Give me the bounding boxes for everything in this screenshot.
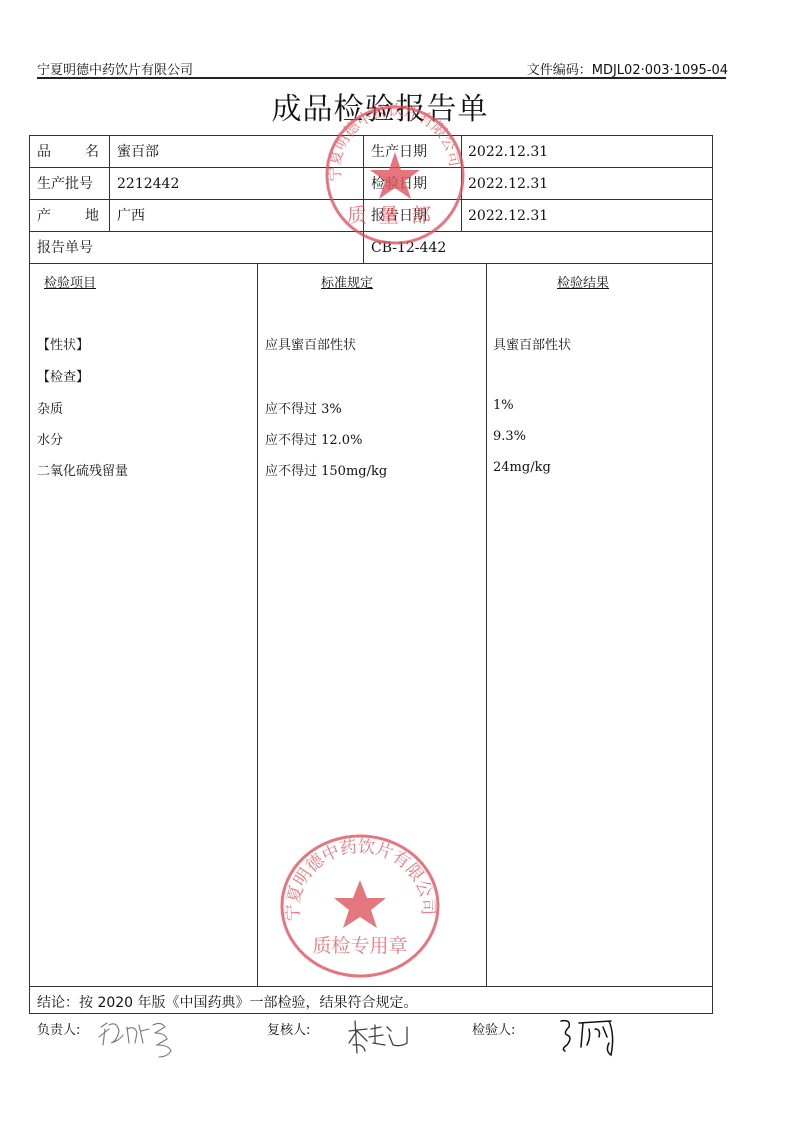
product-name-value: 蜜百部	[117, 144, 159, 160]
table-cell-standard: 应具蜜百部性状	[265, 334, 356, 353]
col-divider	[486, 263, 487, 986]
responsible-signature	[95, 1015, 185, 1060]
table-cell-item: 【检查】	[37, 366, 89, 385]
row-divider	[29, 263, 713, 264]
reviewer-label: 复核人:	[267, 1019, 310, 1038]
origin-value: 广西	[117, 208, 145, 224]
table-cell-standard: 应不得过 150mg/kg	[265, 460, 387, 479]
col-divider	[461, 135, 462, 231]
col-header-item: 检验项目	[44, 272, 96, 291]
test-date-value: 2022.12.31	[468, 176, 548, 192]
inspector-signature	[555, 1015, 625, 1057]
batch-label: 生产批号	[37, 176, 93, 192]
row-divider	[29, 231, 713, 232]
origin-label: 产地	[37, 208, 99, 224]
table-cell-standard: 应不得过 3%	[265, 398, 342, 417]
col-divider	[109, 135, 110, 231]
col-divider	[363, 135, 364, 263]
table-cell-result: 1%	[493, 398, 514, 413]
report-no-value: CB-12-442	[371, 240, 446, 256]
table-cell-item: 水分	[37, 429, 63, 448]
col-divider	[257, 263, 258, 986]
reviewer-signature	[345, 1015, 415, 1060]
row-divider	[29, 167, 713, 168]
product-name-label: 品名	[37, 144, 99, 160]
document-code: 文件编码：MDJL02·003·1095-04	[527, 59, 728, 78]
prod-date-label: 生产日期	[371, 144, 427, 160]
report-date-value: 2022.12.31	[468, 208, 548, 224]
table-cell-result: 24mg/kg	[493, 460, 551, 475]
conclusion: 结论：按 2020 年版《中国药典》一部检验，结果符合规定。	[37, 992, 418, 1012]
prod-date-value: 2022.12.31	[468, 144, 548, 160]
report-table	[29, 135, 713, 1014]
table-cell-item: 杂质	[37, 398, 63, 417]
table-cell-result: 9.3%	[493, 429, 526, 444]
page-title: 成品检验报告单	[0, 84, 760, 128]
report-date-label: 报告日期	[371, 208, 427, 224]
test-date-label: 检验日期	[371, 176, 427, 192]
responsible-label: 负责人:	[37, 1019, 80, 1038]
header-divider	[37, 77, 726, 79]
col-header-standard: 标准规定	[321, 272, 373, 291]
inspector-label: 检验人:	[472, 1019, 515, 1038]
col-header-result: 检验结果	[557, 272, 609, 291]
table-cell-result: 具蜜百部性状	[493, 334, 571, 353]
table-cell-item: 二氧化硫残留量	[37, 460, 128, 479]
report-no-label: 报告单号	[37, 240, 93, 256]
table-cell-standard: 应不得过 12.0%	[265, 429, 362, 448]
row-divider	[29, 986, 713, 987]
batch-value: 2212442	[117, 176, 179, 192]
row-divider	[29, 199, 713, 200]
table-cell-item: 【性状】	[37, 334, 89, 353]
company-name: 宁夏明德中药饮片有限公司	[37, 59, 193, 78]
